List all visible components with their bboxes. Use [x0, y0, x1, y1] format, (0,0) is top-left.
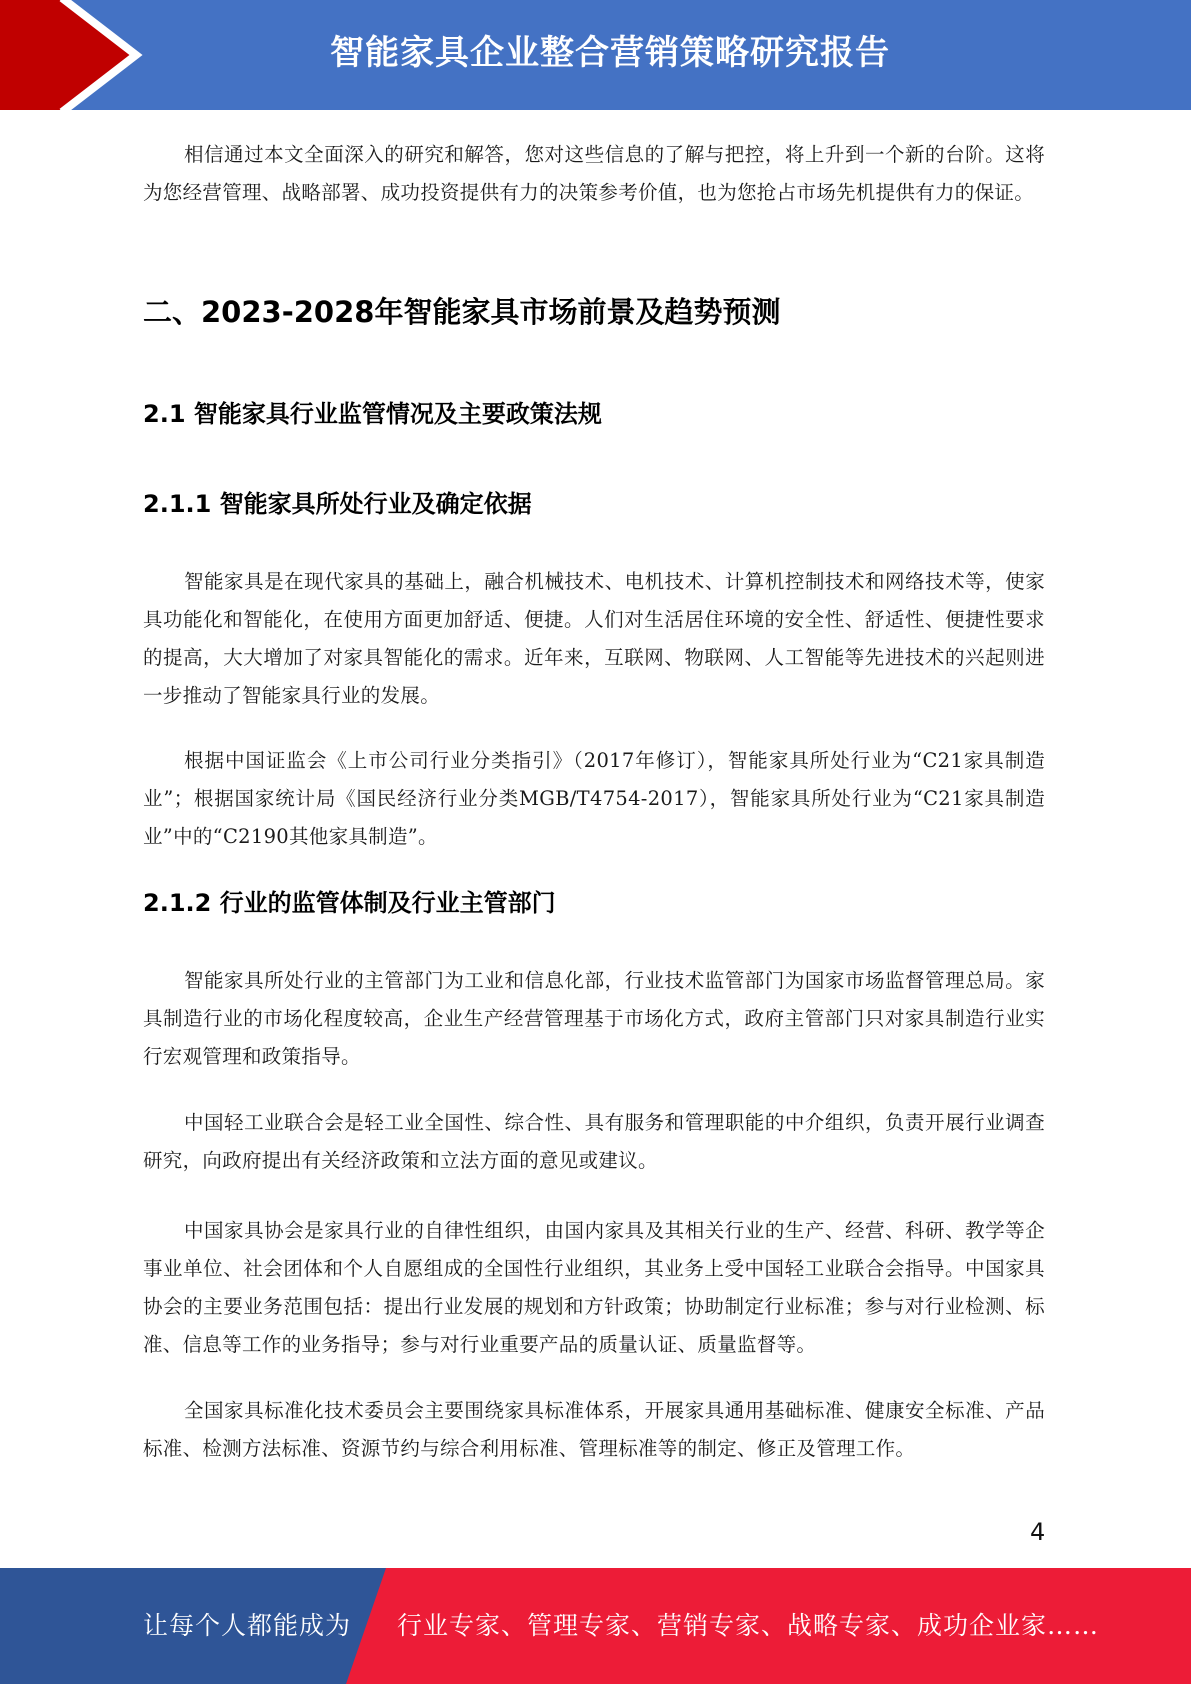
subsection-heading-2-1: 2.1 智能家具行业监管情况及主要政策法规: [143, 397, 602, 431]
section-heading: 二、2023-2028年智能家具市场前景及趋势预测: [143, 292, 780, 332]
paragraph-light-industry-federation: 中国轻工业联合会是轻工业全国性、综合性、具有服务和管理职能的中介组织，负责开展行…: [143, 1104, 1045, 1180]
paragraph-smart-furniture-definition: 智能家具是在现代家具的基础上，融合机械技术、电机技术、计算机控制技术和网络技术等…: [143, 563, 1045, 715]
red-arrow-icon: [0, 0, 160, 110]
report-header-banner: 智能家具企业整合营销策略研究报告: [0, 0, 1191, 110]
page-number: 4: [1030, 1518, 1045, 1546]
paragraph-industry-classification: 根据中国证监会《上市公司行业分类指引》（2017年修订），智能家具所处行业为“C…: [143, 742, 1045, 856]
footer-slogan-right: 行业专家、管理专家、营销专家、战略专家、成功企业家……: [397, 1568, 1099, 1684]
intro-paragraph: 相信通过本文全面深入的研究和解答，您对这些信息的了解与把控，将上升到一个新的台阶…: [143, 136, 1045, 212]
subsection-heading-2-1-2: 2.1.2 行业的监管体制及行业主管部门: [143, 886, 556, 920]
paragraph-standardization-committee: 全国家具标准化技术委员会主要围绕家具标准体系，开展家具通用基础标准、健康安全标准…: [143, 1392, 1045, 1468]
footer-slogan-left: 让每个人都能成为: [143, 1568, 351, 1684]
subsection-heading-2-1-1: 2.1.1 智能家具所处行业及确定依据: [143, 487, 532, 521]
footer-banner: 让每个人都能成为 行业专家、管理专家、营销专家、战略专家、成功企业家……: [0, 1568, 1191, 1684]
paragraph-regulatory-authority: 智能家具所处行业的主管部门为工业和信息化部，行业技术监管部门为国家市场监督管理总…: [143, 962, 1045, 1076]
report-title: 智能家具企业整合营销策略研究报告: [300, 0, 920, 110]
paragraph-furniture-association: 中国家具协会是家具行业的自律性组织，由国内家具及其相关行业的生产、经营、科研、教…: [143, 1212, 1045, 1364]
